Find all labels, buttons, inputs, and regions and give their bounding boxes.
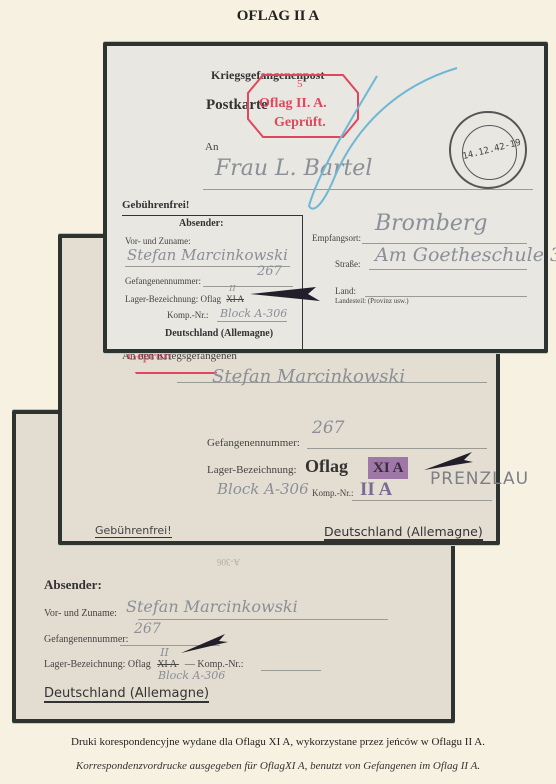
camp-line: Lager-Bezeichnung: Oflag XI A II [125, 294, 244, 304]
arrow-pointer-icon [250, 286, 322, 302]
destination-place-label: Empfangsort: [312, 233, 361, 243]
caption-german: Korrespondenzvordrucke ausgegeben für Of… [0, 760, 556, 772]
fee-note: Gebührenfrei! [95, 524, 172, 538]
city-handwritten: PRENZLAU [430, 469, 529, 489]
censor-stamp-number: 5 [297, 78, 303, 90]
arrow-pointer-icon [181, 632, 229, 654]
sender-title: Absender: [179, 218, 223, 229]
block-handwritten: Block A-306 [220, 307, 287, 320]
camp-correction: II [229, 284, 235, 293]
name-handwritten: Stefan Marcinkowski [212, 366, 405, 387]
destination-place-handwritten: Bromberg [375, 211, 488, 236]
company-line [352, 500, 492, 501]
postcard-kriegsgefangenenpost: Kriegsgefangenenpost Postkarte 5 Oflag I… [103, 42, 548, 353]
page-title: OFLAG II A [0, 8, 556, 25]
name-line [138, 619, 388, 620]
camp-prefix: Oflag [305, 456, 348, 477]
camp-label: Lager-Bezeichnung: Oflag [125, 294, 221, 304]
company-label: Komp.-Nr.: [312, 488, 354, 498]
blue-pen-mark-icon [307, 66, 467, 216]
company-label: Komp.-Nr.: [167, 310, 209, 320]
company-line [217, 321, 287, 322]
country-label: Deutschland (Allemagne) [324, 524, 483, 541]
name-handwritten: Stefan Marcinkowski [126, 597, 298, 616]
street-line [369, 269, 527, 270]
prisoner-number-handwritten: 267 [134, 621, 161, 637]
number-line [307, 448, 487, 449]
prisoner-number-label: Gefangenennummer: [44, 634, 128, 645]
camp-label: Lager-Bezeichnung: [207, 464, 297, 476]
region-label: Landesteil: (Provinz usw.) [335, 297, 409, 305]
sender-title: Absender: [44, 577, 102, 593]
camp-overprint: II A [360, 479, 392, 501]
country-label: Deutschland (Allemagne) [165, 328, 273, 339]
country-field-label: Land: [335, 286, 356, 296]
to-label: An [205, 141, 218, 153]
caption-polish: Druki korespondencyjne wydane dla Oflagu… [0, 736, 556, 748]
camp-correction: II [160, 646, 169, 659]
camp-label: Lager-Bezeichnung: Oflag [44, 659, 151, 670]
street-label: Straße: [335, 259, 361, 269]
name-label: Vor- und Zuname: [125, 236, 191, 246]
fee-note: Gebührenfrei! [122, 199, 189, 211]
country-label: Deutschland (Allemagne) [44, 686, 209, 703]
prisoner-number-label: Gefangenennummer: [125, 276, 201, 286]
company-line [261, 670, 321, 671]
prisoner-number-label: Gefangenennummer: [207, 437, 300, 449]
prisoner-number-handwritten: 267 [257, 264, 282, 279]
camp-value-overprinted: XI A [368, 457, 408, 479]
faded-mirror-text: A-306 [217, 557, 240, 567]
camp-value-struck: XI A II [226, 294, 244, 304]
name-label: Vor- und Zuname: [44, 608, 117, 619]
street-handwritten: Am Goetheschule 38 [375, 244, 556, 266]
prisoner-number-handwritten: 267 [312, 418, 344, 438]
block-handwritten: Block A-306 [217, 480, 309, 498]
sender-name-handwritten: Stefan Marcinkowski [127, 246, 288, 264]
block-handwritten: Block A-306 [158, 669, 225, 682]
